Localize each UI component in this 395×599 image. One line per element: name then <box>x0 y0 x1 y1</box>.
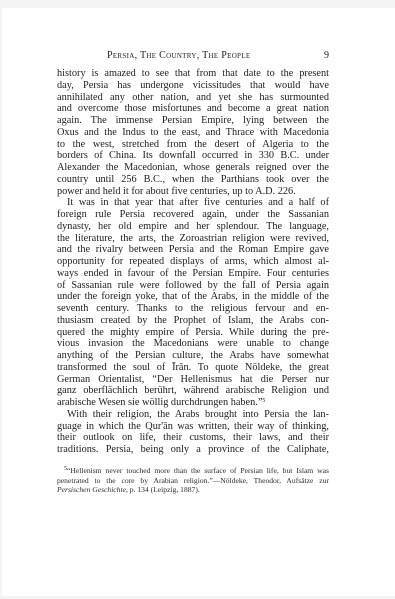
text-line: Oxus and the Indus to the east, and Thra… <box>57 127 329 139</box>
running-title: Persia, The Country, The People <box>107 50 250 61</box>
page-header: Persia, The Country, The People 9 <box>57 50 329 64</box>
text-line: transformed the soul of Īrān. To quote N… <box>57 362 329 374</box>
text-line: opportunity for repeated displays of arm… <box>57 256 329 268</box>
text-line: vious invasion the Macedonians were unab… <box>57 338 329 350</box>
quote-end-text: arabische Wesen sie wöllig durchdrungen … <box>57 397 262 408</box>
text-line: country until 256 B.C., when the Parthia… <box>57 174 329 186</box>
text-line-with-footnote-ref: arabische Wesen sie wöllig durchdrungen … <box>57 397 329 409</box>
text-line: seventh century. Thanks to the religious… <box>57 303 329 315</box>
text-line: again. The immense Persian Empire, lying… <box>57 115 329 127</box>
body-text: history is amazed to see that from that … <box>57 68 329 456</box>
paragraph-start-line: With their religion, the Arabs brought i… <box>57 409 329 421</box>
footnote-book-title: Persischen Geschichte <box>57 485 126 494</box>
text-line: traditions. Persia, being only a provinc… <box>57 444 329 456</box>
text-line: day, Persia has undergone vicissitudes t… <box>57 80 329 92</box>
text-line: annihilated any other nation, and yet sh… <box>57 92 329 104</box>
text-line: power and held it for about five centuri… <box>57 186 329 198</box>
text-line: their outlook on life, their customs, th… <box>57 432 329 444</box>
text-line: dynasty, her old empire and her splendou… <box>57 221 329 233</box>
footnote-line: 5“Hellenism never touched more than the … <box>57 466 329 476</box>
text-line: anything of the Persian culture, the Ara… <box>57 350 329 362</box>
page-number: 9 <box>324 50 329 61</box>
footnote-reference[interactable]: 5 <box>262 398 265 404</box>
text-line: to the west, stretched from the desert o… <box>57 139 329 151</box>
text-line: and the rivalry between Persia and the R… <box>57 244 329 256</box>
text-line: the literature, the arts, the Zoroastria… <box>57 233 329 245</box>
paragraph-start-line: It was in that year that after five cent… <box>57 197 329 209</box>
footnote-citation: , p. 134 (Leipzig, 1887). <box>126 485 200 494</box>
text-line: and overcome those misfortunes and becom… <box>57 103 329 115</box>
book-page: Persia, The Country, The People 9 histor… <box>2 8 395 596</box>
footnote-line: penetrated to the core by Arabian religi… <box>57 476 329 486</box>
text-line: ganz oberflächlich berührt, während arab… <box>57 385 329 397</box>
text-line: history is amazed to see that from that … <box>57 68 329 80</box>
footnote-text: “Hellenism never touched more than the s… <box>67 466 329 475</box>
text-line: of Sassanian rule were followed by the f… <box>57 280 329 292</box>
footnote-section: 5“Hellenism never touched more than the … <box>57 466 329 495</box>
text-line: thusiasm created by the Prophet of Islam… <box>57 315 329 327</box>
text-line: borders of China. Its downfall occurred … <box>57 150 329 162</box>
text-line: ways ended in favour of the Persian Empi… <box>57 268 329 280</box>
text-line: foreign rule Persia recovered again, und… <box>57 209 329 221</box>
footnote-line: Persischen Geschichte, p. 134 (Leipzig, … <box>57 485 329 495</box>
footnote-marker: 5 <box>64 466 67 472</box>
text-line: guage in which the Qur'ān was written, t… <box>57 421 329 433</box>
text-line: Alexander the Macedonian, whose generals… <box>57 162 329 174</box>
text-line: under the foreign yoke, that of the Arab… <box>57 291 329 303</box>
text-line: quered the mighty empire of Persia. Whil… <box>57 327 329 339</box>
text-line: German Orientalist, “Der Hellenismus hat… <box>57 374 329 386</box>
